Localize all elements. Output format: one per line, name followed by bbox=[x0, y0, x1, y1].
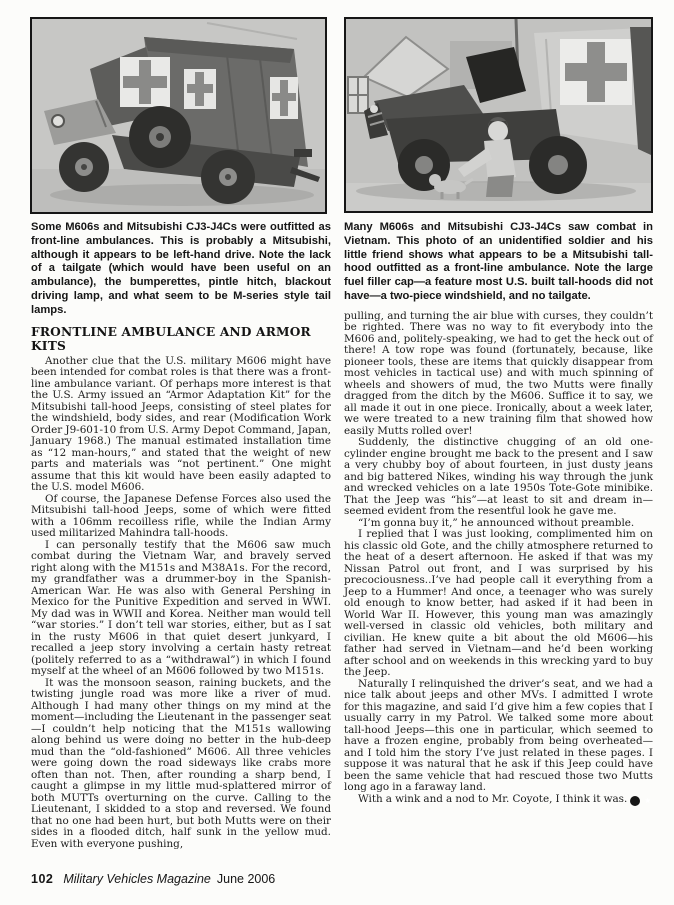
ambulance-jeep-illustration bbox=[32, 19, 325, 212]
paragraph: Naturally I relinquished the driver’s se… bbox=[344, 679, 653, 794]
paragraph: It was the monsoon season, raining bucke… bbox=[31, 678, 331, 851]
magazine-title: Military Vehicles Magazine bbox=[63, 872, 211, 886]
photo-left-ambulance bbox=[30, 17, 327, 214]
issue-date: June 2006 bbox=[217, 872, 275, 886]
paragraph: Suddenly, the distinctive chugging of an… bbox=[344, 437, 653, 518]
paragraph: Of course, the Japanese Defense Forces a… bbox=[31, 494, 331, 540]
section-heading: FRONTLINE AMBULANCE AND ARMOR KITS bbox=[31, 325, 331, 353]
closing-text: With a wink and a nod to Mr. Coyote, I t… bbox=[358, 793, 627, 805]
photo-right-ambulance bbox=[344, 17, 653, 213]
closing-paragraph: With a wink and a nod to Mr. Coyote, I t… bbox=[344, 794, 653, 806]
paragraph: I can personally testify that the M606 s… bbox=[31, 540, 331, 678]
paragraph: Another clue that the U.S. military M606… bbox=[31, 356, 331, 494]
photo-left-caption: Some M606s and Mitsubishi CJ3-J4Cs were … bbox=[31, 221, 331, 318]
page-number: 102 bbox=[31, 872, 53, 886]
page-footer: 102Military Vehicles MagazineJune 2006 bbox=[31, 872, 631, 886]
photo-right-caption: Many M606s and Mitsubishi CJ3-J4Cs saw c… bbox=[344, 221, 653, 304]
magazine-page: Some M606s and Mitsubishi CJ3-J4Cs were … bbox=[0, 0, 674, 905]
paragraph: I replied that I was just looking, compl… bbox=[344, 529, 653, 679]
article-end-mark-icon: ★ bbox=[630, 796, 640, 806]
right-column: Many M606s and Mitsubishi CJ3-J4Cs saw c… bbox=[344, 221, 653, 806]
paragraph: pulling, and turning the air blue with c… bbox=[344, 311, 653, 438]
left-column: Some M606s and Mitsubishi CJ3-J4Cs were … bbox=[31, 221, 331, 850]
vietnam-jeep-illustration bbox=[346, 19, 651, 211]
